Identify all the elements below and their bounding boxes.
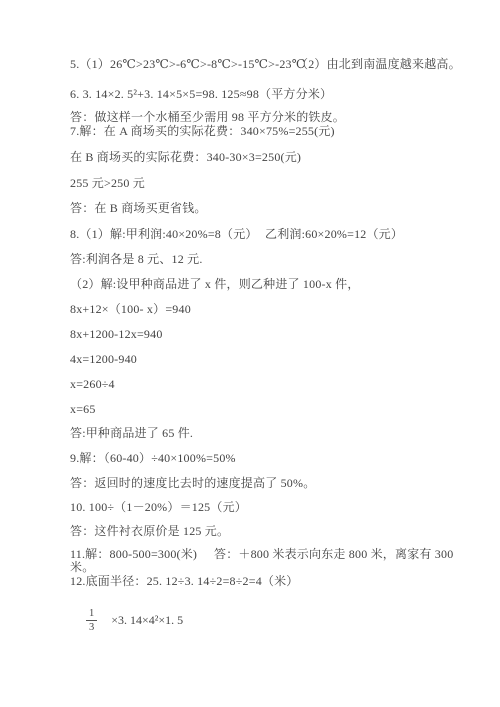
answer-q6-calculation: 6. 3. 14×2. 5²+3. 14×5×5=98. 125≈98（平方分米… [70, 87, 332, 101]
answer-q8-equation-5: x=65 [70, 402, 96, 416]
answer-q5-comparison: 5.（1）26℃>23℃>-6℃>-8℃>-15℃>-23℃ [70, 57, 305, 71]
answer-q8-part2-setup: （2）解:设甲种商品进了 x 件，则乙种进了 100-x 件， [70, 277, 360, 291]
answer-q11-calculation: 11.解：800-500=300(米) [70, 547, 197, 561]
answer-q7-comparison: 255 元>250 元 [70, 176, 145, 190]
answer-q12-radius: 12.底面半径：25. 12÷3. 14÷2=8÷2=4（米） [70, 574, 299, 588]
answer-q8-part1-answer: 答:利润各是 8 元、12 元. [70, 252, 203, 266]
answer-q8-part1-yi: 乙利润:60×20%=12（元） [265, 227, 403, 241]
answer-q5-part2: （2）由北到南温度越来越高。 [296, 57, 461, 71]
answer-q7-store-b: 在 B 商场买的实际花费：340-30×3=250(元) [70, 150, 301, 164]
fraction-denominator: 3 [89, 621, 94, 633]
answer-q8-equation-4: x=260÷4 [70, 377, 115, 391]
fraction-numerator: 1 [86, 608, 97, 621]
answer-q7-store-a: 7.解：在 A 商场买的实际花费：340×75%=255(元) [70, 124, 335, 138]
answer-q12-volume-expression: 1 3 ×3. 14×4²×1. 5 [86, 608, 183, 633]
answer-q6-answer: 答：做这样一个水桶至少需用 98 平方分米的铁皮。 [70, 110, 345, 124]
answer-q8-equation-1: 8x+12×（100- x）=940 [70, 302, 191, 316]
answer-q9-calculation: 9.解：（60-40）÷40×100%=50% [70, 451, 236, 465]
answer-q8-part1-jia: 8.（1）解:甲利润:40×20%=8（元） [70, 227, 258, 241]
answer-q7-answer: 答：在 B 商场买更省钱。 [70, 201, 207, 215]
volume-expression-text: ×3. 14×4²×1. 5 [111, 613, 183, 628]
answer-q8-equation-3: 4x=1200-940 [70, 352, 137, 366]
fraction-one-third: 1 3 [86, 608, 97, 633]
answer-q9-answer: 答：返回时的速度比去时的速度提高了 50%。 [70, 476, 315, 490]
answer-q8-equation-2: 8x+1200-12x=940 [70, 327, 163, 341]
answer-q8-part2-answer: 答:甲种商品进了 65 件. [70, 426, 193, 440]
answer-q11-answer: 答：＋800 米表示向东走 800 米，离家有 300 [214, 547, 453, 561]
answer-q10-answer: 答：这件衬衣原价是 125 元。 [70, 524, 229, 538]
answer-q10-calculation: 10. 100÷（1－20%）＝125（元） [70, 500, 247, 514]
answer-q11-answer-wrap: 米。 [70, 560, 94, 574]
worksheet-answer-page: 5.（1）26℃>23℃>-6℃>-8℃>-15℃>-23℃ （2）由北到南温度… [0, 0, 500, 707]
